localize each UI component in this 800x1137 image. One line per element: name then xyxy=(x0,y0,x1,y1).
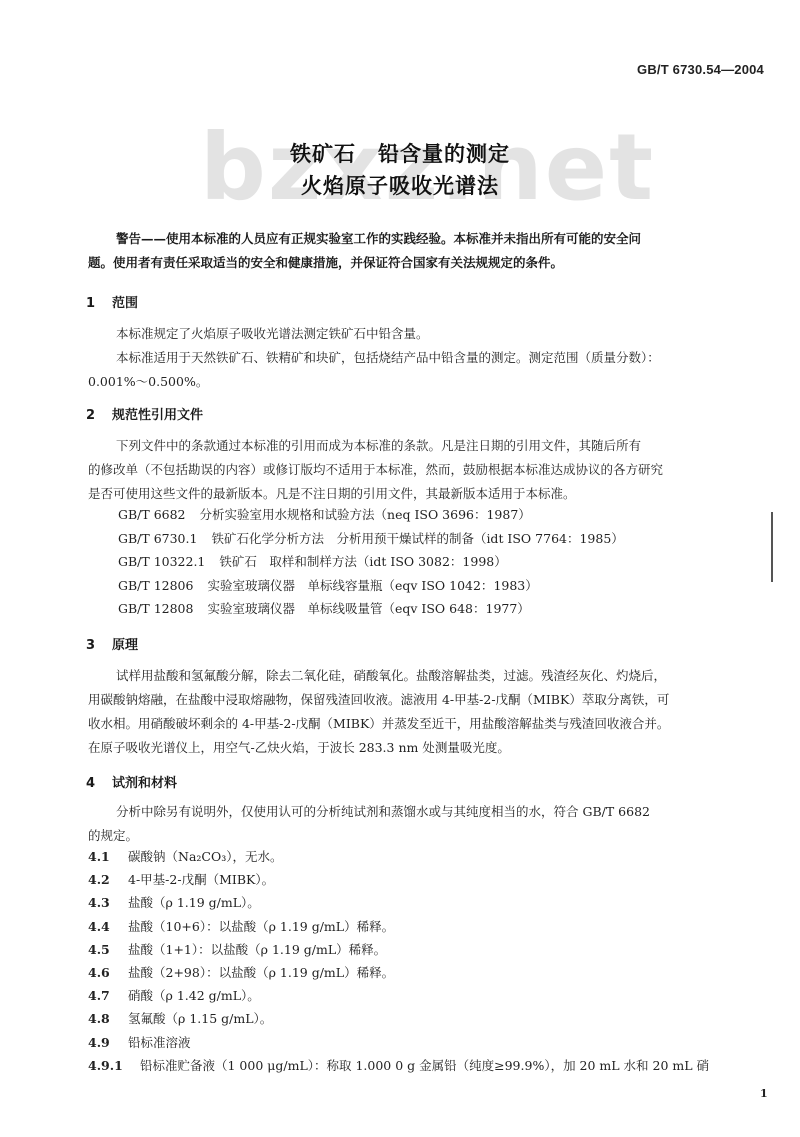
item-text: 碳酸钠（Na₂CO₃），无水。 xyxy=(128,849,282,864)
section-1-heading: 1范围 xyxy=(86,292,138,311)
item-number: 4.2 xyxy=(88,868,128,891)
reagent-item: 4.9铅标准溶液 xyxy=(88,1031,778,1054)
item-number: 4.7 xyxy=(88,984,128,1007)
section-title: 范围 xyxy=(112,296,138,311)
document-title: 铁矿石 铅含量的测定 火焰原子吸收光谱法 xyxy=(0,138,800,202)
item-number: 4.6 xyxy=(88,961,128,984)
principle-line3: 收水相。用硝酸破坏剩余的 4-甲基-2-戊酮（MIBK）并蒸发至近干，用盐酸溶解… xyxy=(88,712,778,736)
ref-code: GB/T 6682 xyxy=(118,503,186,527)
item-number: 4.4 xyxy=(88,915,128,938)
reference-item: GB/T 12806实验室玻璃仪器 单标线容量瓶（eqv ISO 1042：19… xyxy=(118,574,768,598)
principle-line4: 在原子吸收光谱仪上，用空气-乙炔火焰，于波长 283.3 nm 处测量吸光度。 xyxy=(88,736,778,760)
reference-item: GB/T 12808实验室玻璃仪器 单标线吸量管（eqv ISO 648：197… xyxy=(118,597,768,621)
reagent-item: 4.7硝酸（ρ 1.42 g/mL）。 xyxy=(88,984,778,1007)
section-4-heading: 4试剂和材料 xyxy=(86,772,177,791)
section-number: 4 xyxy=(86,776,112,791)
section-title: 规范性引用文件 xyxy=(112,408,203,423)
refs-intro-line2: 的修改单（不包括勘误的内容）或修订版均不适用于本标准，然而，鼓励根据本标准达成协… xyxy=(88,458,778,482)
item-text: 盐酸（10+6）：以盐酸（ρ 1.19 g/mL）稀释。 xyxy=(128,919,394,934)
item-text: 氢氟酸（ρ 1.15 g/mL）。 xyxy=(128,1011,272,1026)
ref-text: 分析实验室用水规格和试验方法（neq ISO 3696：1987） xyxy=(200,507,531,522)
ref-text: 铁矿石化学分析方法 分析用预干燥试样的制备（idt ISO 7764：1985） xyxy=(211,531,623,546)
principle-line2: 用碳酸钠熔融，在盐酸中浸取熔融物，保留残渣回收液。滤液用 4-甲基-2-戊酮（M… xyxy=(88,688,778,712)
ref-code: GB/T 10322.1 xyxy=(118,550,205,574)
item-number: 4.3 xyxy=(88,891,128,914)
reagent-item: 4.6盐酸（2+98）：以盐酸（ρ 1.19 g/mL）稀释。 xyxy=(88,961,778,984)
reagent-list: 4.1碳酸钠（Na₂CO₃），无水。 4.24-甲基-2-戊酮（MIBK）。 4… xyxy=(88,845,778,1077)
warning-line-2: 题。使用者有责任采取适当的安全和健康措施，并保证符合国家有关法规规定的条件。 xyxy=(88,251,778,275)
section-3-heading: 3原理 xyxy=(86,634,138,653)
reagent-item: 4.24-甲基-2-戊酮（MIBK）。 xyxy=(88,868,778,891)
item-number: 4.9 xyxy=(88,1031,128,1054)
ref-text: 实验室玻璃仪器 单标线吸量管（eqv ISO 648：1977） xyxy=(207,601,529,616)
item-text: 铅标准溶液 xyxy=(128,1035,191,1050)
page-number: 1 xyxy=(760,1087,768,1100)
warning-line-1: 警告——使用本标准的人员应有正规实验室工作的实践经验。本标准并未指出所有可能的安… xyxy=(88,227,778,251)
refs-intro-line1: 下列文件中的条款通过本标准的引用而成为本标准的条款。凡是注日期的引用文件，其随后… xyxy=(88,434,778,458)
ref-code: GB/T 12806 xyxy=(118,574,193,598)
item-text: 盐酸（ρ 1.19 g/mL）。 xyxy=(128,895,260,910)
section-number: 3 xyxy=(86,638,112,653)
item-text: 盐酸（1+1）：以盐酸（ρ 1.19 g/mL）稀释。 xyxy=(128,942,386,957)
margin-change-bar xyxy=(771,512,773,582)
section-title: 试剂和材料 xyxy=(112,776,177,791)
reagent-item: 4.1碳酸钠（Na₂CO₃），无水。 xyxy=(88,845,778,868)
section-1-body: 本标准规定了火焰原子吸收光谱法测定铁矿石中铅含量。 本标准适用于天然铁矿石、铁精… xyxy=(88,322,778,394)
scope-p1: 本标准规定了火焰原子吸收光谱法测定铁矿石中铅含量。 xyxy=(88,322,778,346)
item-text: 硝酸（ρ 1.42 g/mL）。 xyxy=(128,988,260,1003)
section-title: 原理 xyxy=(112,638,138,653)
reference-list: GB/T 6682分析实验室用水规格和试验方法（neq ISO 3696：198… xyxy=(118,503,768,621)
section-2-heading: 2规范性引用文件 xyxy=(86,404,203,423)
scope-p2-line1: 本标准适用于天然铁矿石、铁精矿和块矿，包括烧结产品中铅含量的测定。测定范围（质量… xyxy=(88,346,778,370)
section-2-intro: 下列文件中的条款通过本标准的引用而成为本标准的条款。凡是注日期的引用文件，其随后… xyxy=(88,434,778,506)
title-line-1: 铁矿石 铅含量的测定 xyxy=(0,138,800,170)
principle-line1: 试样用盐酸和氢氟酸分解，除去二氧化硅，硝酸氧化。盐酸溶解盐类，过滤。残渣经灰化、… xyxy=(88,664,778,688)
item-number: 4.9.1 xyxy=(88,1054,140,1077)
item-text: 4-甲基-2-戊酮（MIBK）。 xyxy=(128,872,274,887)
item-number: 4.1 xyxy=(88,845,128,868)
ref-text: 铁矿石 取样和制样方法（idt ISO 3082：1998） xyxy=(219,554,506,569)
reagent-item: 4.8氢氟酸（ρ 1.15 g/mL）。 xyxy=(88,1007,778,1030)
standard-code: GB/T 6730.54—2004 xyxy=(637,62,764,77)
item-number: 4.5 xyxy=(88,938,128,961)
item-text: 盐酸（2+98）：以盐酸（ρ 1.19 g/mL）稀释。 xyxy=(128,965,394,980)
ref-code: GB/T 6730.1 xyxy=(118,527,197,551)
reference-item: GB/T 10322.1铁矿石 取样和制样方法（idt ISO 3082：199… xyxy=(118,550,768,574)
reference-item: GB/T 6682分析实验室用水规格和试验方法（neq ISO 3696：198… xyxy=(118,503,768,527)
reference-item: GB/T 6730.1铁矿石化学分析方法 分析用预干燥试样的制备（idt ISO… xyxy=(118,527,768,551)
reagent-item: 4.5盐酸（1+1）：以盐酸（ρ 1.19 g/mL）稀释。 xyxy=(88,938,778,961)
reagents-intro-line1: 分析中除另有说明外，仅使用认可的分析纯试剂和蒸馏水或与其纯度相当的水，符合 GB… xyxy=(88,800,778,824)
section-4-intro: 分析中除另有说明外，仅使用认可的分析纯试剂和蒸馏水或与其纯度相当的水，符合 GB… xyxy=(88,800,778,848)
section-number: 1 xyxy=(86,296,112,311)
reagent-item: 4.3盐酸（ρ 1.19 g/mL）。 xyxy=(88,891,778,914)
section-3-body: 试样用盐酸和氢氟酸分解，除去二氧化硅，硝酸氧化。盐酸溶解盐类，过滤。残渣经灰化、… xyxy=(88,664,778,760)
item-text: 铅标准贮备液（1 000 μg/mL）：称取 1.000 0 g 金属铅（纯度≥… xyxy=(140,1058,709,1073)
warning-paragraph: 警告——使用本标准的人员应有正规实验室工作的实践经验。本标准并未指出所有可能的安… xyxy=(88,227,778,275)
item-number: 4.8 xyxy=(88,1007,128,1030)
ref-code: GB/T 12808 xyxy=(118,597,193,621)
reagent-subitem: 4.9.1铅标准贮备液（1 000 μg/mL）：称取 1.000 0 g 金属… xyxy=(88,1054,778,1077)
section-number: 2 xyxy=(86,408,112,423)
title-line-2: 火焰原子吸收光谱法 xyxy=(0,170,800,202)
scope-p2-line2: 0.001%～0.500%。 xyxy=(88,370,778,394)
ref-text: 实验室玻璃仪器 单标线容量瓶（eqv ISO 1042：1983） xyxy=(207,578,537,593)
reagent-item: 4.4盐酸（10+6）：以盐酸（ρ 1.19 g/mL）稀释。 xyxy=(88,915,778,938)
